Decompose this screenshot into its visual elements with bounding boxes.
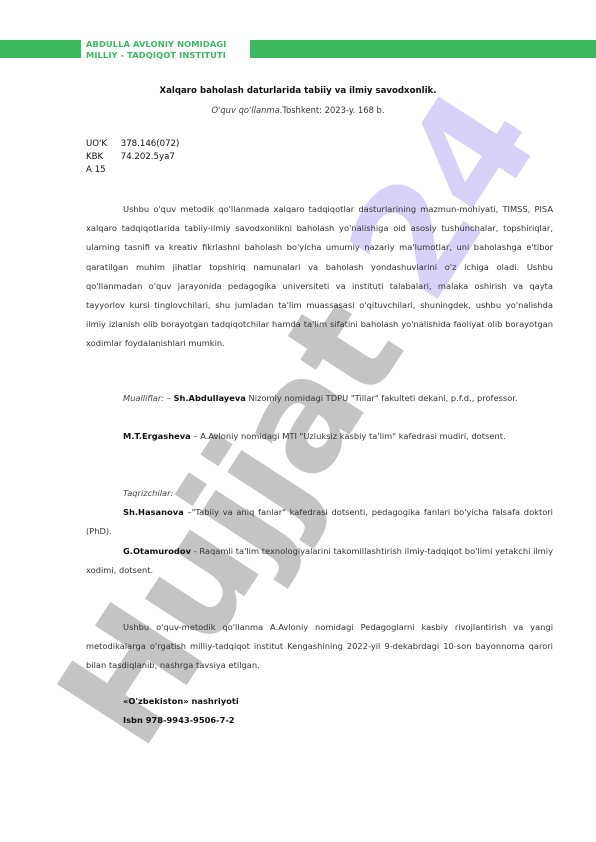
- code-author-mark: A 15: [86, 164, 179, 177]
- author-1: Mualliflar: – Sh.Abdullayeva Nizomiy nom…: [86, 389, 553, 408]
- reviewer-1: Sh.Hasanova –"Tabiiy va aniq fanlar" kaf…: [86, 503, 553, 541]
- author-2: M.T.Ergasheva – A.Avloniy nomidagi MTI "…: [86, 427, 553, 446]
- publisher: «O'zbekiston» nashriyoti: [86, 692, 553, 711]
- isbn: Isbn 978-9943-9506-7-2: [86, 711, 553, 730]
- document-page: Xalqaro baholash daturlarida tabiiy va i…: [0, 0, 596, 842]
- book-subtitle: O'quv qo'llanma.Toshkent: 2023-y. 168 b.: [0, 105, 596, 115]
- abstract-paragraph: Ushbu o'quv metodik qo'llanmada xalqaro …: [86, 200, 553, 354]
- reviewer-name: G.Otamurodov: [123, 546, 191, 556]
- author-name: M.T.Ergasheva: [123, 431, 191, 441]
- book-imprint: Toshkent: 2023-y. 168 b.: [282, 105, 384, 115]
- book-type: O'quv qo'llanma.: [211, 105, 282, 115]
- author-desc: Nizomiy nomidagi TDPU "Tillar" fakulteti…: [248, 393, 517, 403]
- reviewers-label: Taqrizchilar:: [86, 484, 553, 503]
- approval-paragraph: Ushbu o'quv-metodik qo'llanma A.Avloniy …: [86, 618, 553, 676]
- code-kbk: KBK 74.202.5ya7: [86, 151, 179, 164]
- book-title: Xalqaro baholash daturlarida tabiiy va i…: [0, 86, 596, 96]
- reviewer-name: Sh.Hasanova: [123, 507, 184, 517]
- reviewer-2: G.Otamurodov - Raqamli ta'lim texnologiy…: [86, 542, 553, 580]
- author-desc: A.Avloniy nomidagi MTI "Uzluksiz kasbiy …: [200, 431, 505, 441]
- code-udc: UO'K 378.146(072): [86, 138, 179, 151]
- authors-label: Mualliflar:: [123, 393, 164, 403]
- classification-codes: UO'K 378.146(072) KBK 74.202.5ya7 A 15: [86, 138, 179, 177]
- author-name: Sh.Abdullayeva: [174, 393, 246, 403]
